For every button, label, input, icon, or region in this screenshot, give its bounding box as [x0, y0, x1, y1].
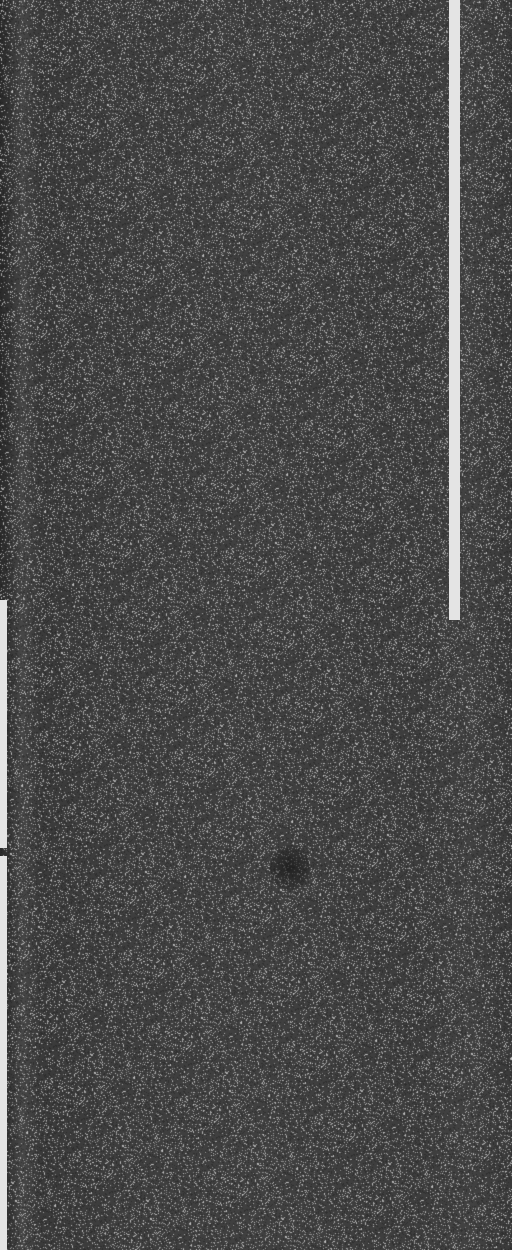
left-edge-line-lower [0, 856, 7, 1250]
right-lane-line [449, 0, 460, 620]
dark-stain [270, 845, 310, 890]
asphalt-texture [0, 0, 512, 1250]
road-surface [0, 0, 512, 1250]
left-edge-line [0, 600, 7, 848]
